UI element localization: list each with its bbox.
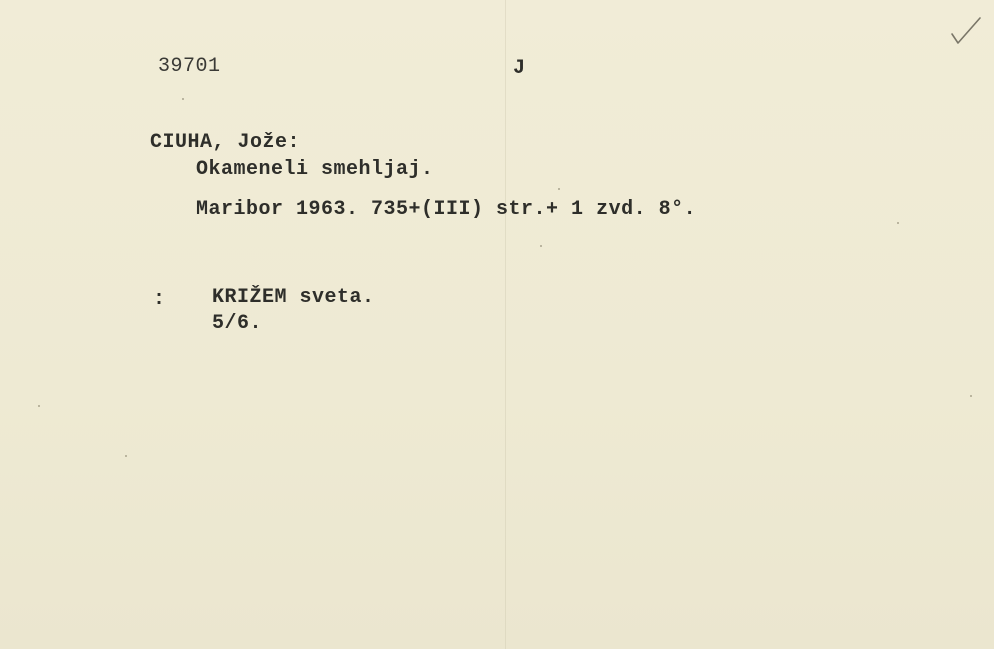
accession-number: 39701 [158,55,221,78]
author-heading: CIUHA, Jože: [150,131,300,154]
paper-speck [182,98,184,100]
catalog-card: 39701 J CIUHA, Jože: Okameneli smehljaj.… [0,0,994,649]
series-marker: : [153,288,166,311]
card-fold-line [505,0,506,649]
paper-speck [38,405,40,407]
series-volume: 5/6. [212,312,262,335]
paper-speck [558,188,560,190]
paper-speck [897,222,899,224]
class-letter: J [513,57,526,80]
paper-speck [540,245,542,247]
imprint-line: Maribor 1963. 735+(III) str.+ 1 zvd. 8°. [196,198,696,221]
check-mark-icon [948,12,984,48]
paper-speck [125,455,127,457]
book-title: Okameneli smehljaj. [196,158,434,181]
paper-speck [970,395,972,397]
series-name: KRIŽEM sveta. [212,286,375,309]
